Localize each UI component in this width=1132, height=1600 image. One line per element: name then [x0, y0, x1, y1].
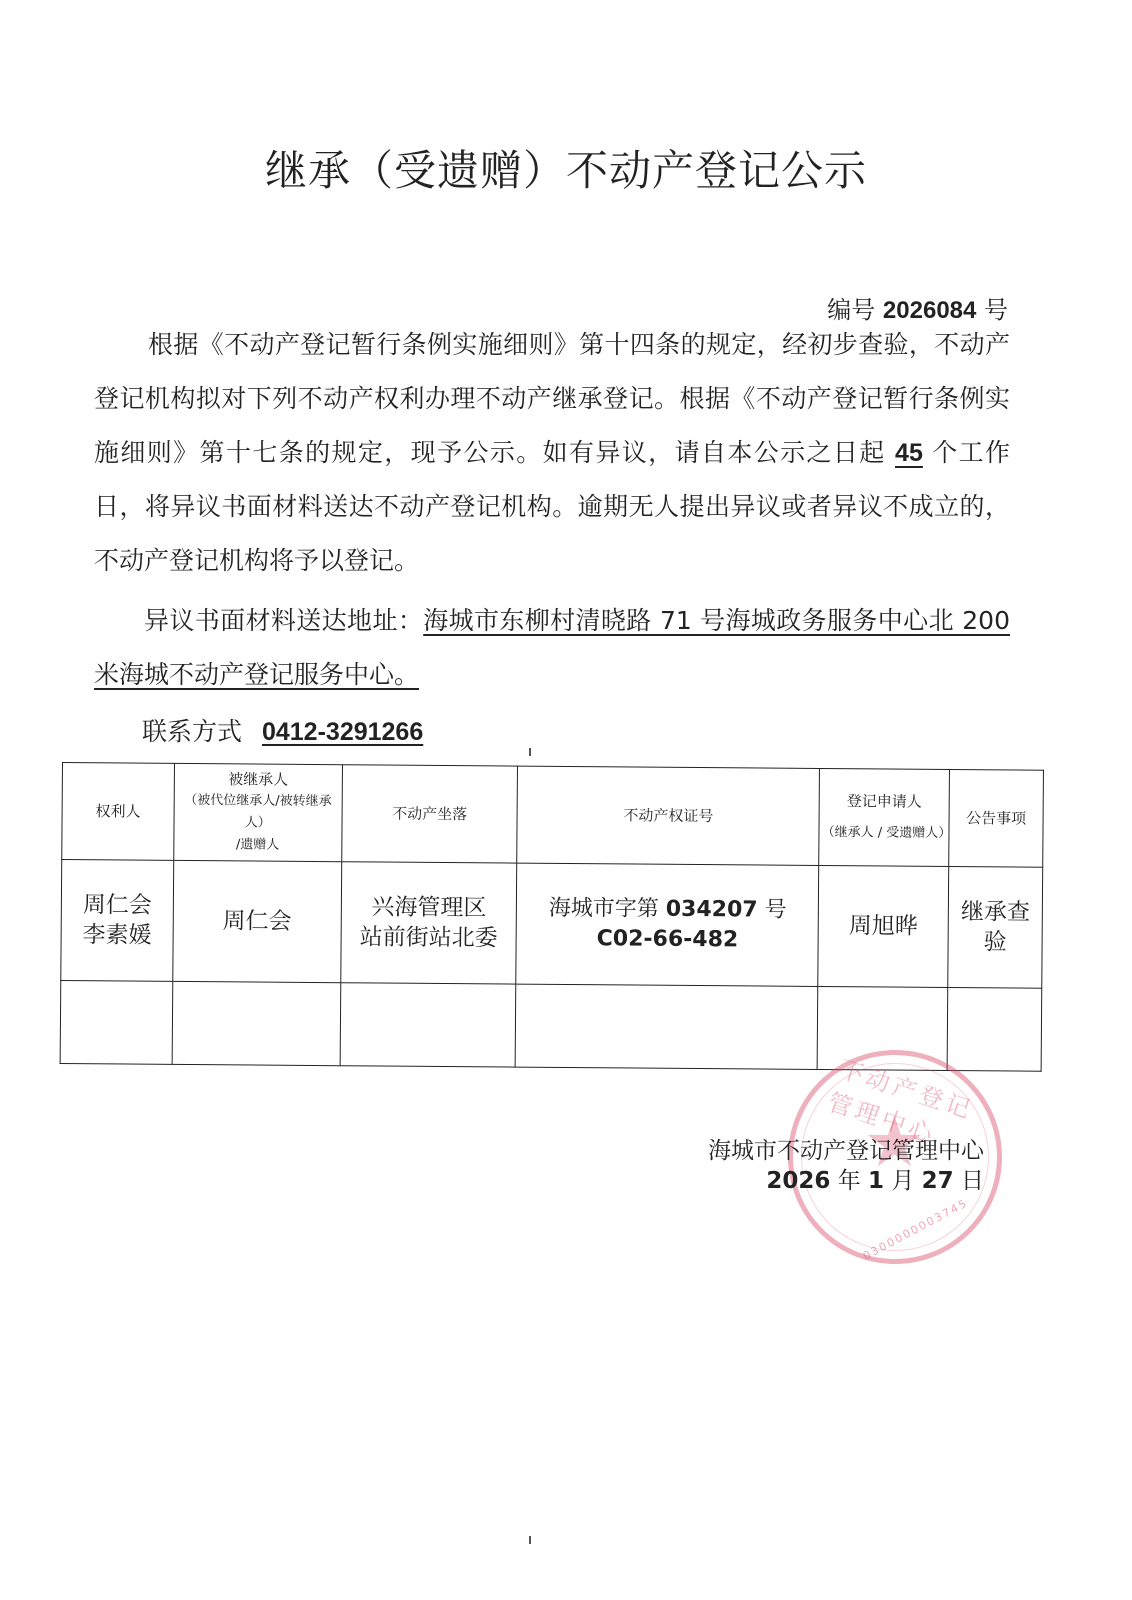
header-notice-item: 公告事项: [949, 769, 1044, 867]
fold-mark: [529, 748, 531, 756]
empty-cell: [60, 980, 173, 1064]
cell-location: 兴海管理区 站前街站北委: [340, 862, 517, 984]
holder-name-1: 周仁会: [64, 890, 171, 921]
header-decedent-main: 被继承人: [228, 770, 288, 788]
signature-block: 海城市不动产登记管理中心 2026 年 1 月 27 日: [708, 1136, 984, 1196]
contact-label: 联系方式: [142, 717, 242, 746]
cert-line-2: C02-66-482: [519, 924, 816, 956]
header-decedent-sub2: /遗赠人: [176, 834, 339, 857]
date-month: 1: [868, 1168, 884, 1194]
address-label: 异议书面材料送达地址：: [144, 606, 423, 635]
date-year: 2026: [766, 1168, 830, 1194]
table-header-row: 权利人 被继承人 （被代位继承人/被转继承人） /遗赠人 不动产坐落 不动产权证…: [62, 763, 1044, 868]
cell-cert-no: 海城市字第 034207 号 C02-66-482: [516, 863, 819, 986]
signing-organization: 海城市不动产登记管理中心: [708, 1136, 984, 1166]
header-decedent: 被继承人 （被代位继承人/被转继承人） /遗赠人: [174, 763, 343, 861]
header-holder: 权利人: [62, 763, 175, 861]
header-location: 不动产坐落: [341, 765, 518, 863]
cert-prefix: 海城市字第: [549, 896, 659, 922]
location-line-2: 站前街站北委: [343, 922, 514, 953]
header-applicant: 登记申请人 （继承人 / 受遗赠人）: [819, 768, 950, 866]
empty-cell: [340, 983, 516, 1067]
cell-notice-item: 继承查验: [948, 866, 1043, 988]
document-title: 继承（受遗赠）不动产登记公示: [0, 138, 1132, 198]
cell-decedent: 周仁会: [173, 860, 342, 982]
cert-number: 034207: [666, 897, 758, 923]
table-row: 周仁会 李素媛 周仁会 兴海管理区 站前街站北委 海城市字第 034207 号 …: [61, 860, 1043, 989]
fold-mark: [529, 1536, 531, 1544]
signing-date: 2026 年 1 月 27 日: [708, 1166, 984, 1196]
objection-days: 45: [895, 439, 923, 467]
empty-cell: [516, 984, 818, 1069]
header-applicant-main: 登记申请人: [847, 792, 922, 811]
notice-paragraph: 根据《不动产登记暂行条例实施细则》第十四条的规定，经初步查验，不动产登记机构拟对…: [94, 318, 1010, 588]
date-month-unit: 月: [891, 1168, 914, 1194]
notice-text-part1: 根据《不动产登记暂行条例实施细则》第十四条的规定，经初步查验，不动产登记机构拟对…: [94, 330, 1010, 467]
cert-line-1: 海城市字第 034207 号: [519, 894, 816, 926]
objection-address-paragraph: 异议书面材料送达地址：海城市东柳村清晓路 71 号海城政务服务中心北 200 米…: [94, 594, 1010, 702]
header-cert-no: 不动产权证号: [517, 766, 819, 865]
registration-table: 权利人 被继承人 （被代位继承人/被转继承人） /遗赠人 不动产坐落 不动产权证…: [60, 762, 1044, 1072]
date-year-unit: 年: [838, 1168, 861, 1194]
cell-holder: 周仁会 李素媛: [61, 860, 174, 982]
holder-name-2: 李素媛: [64, 920, 171, 951]
cert-suffix: 号: [765, 898, 787, 923]
date-day: 27: [922, 1168, 954, 1194]
location-line-1: 兴海管理区: [343, 892, 514, 923]
date-day-unit: 日: [961, 1168, 984, 1194]
cell-applicant: 周旭晔: [818, 865, 949, 987]
header-applicant-sub: （继承人 / 受遗赠人）: [822, 822, 947, 845]
header-decedent-sub1: （被代位继承人/被转继承人）: [176, 790, 339, 835]
empty-cell: [947, 987, 1042, 1071]
empty-cell: [172, 981, 340, 1065]
contact-phone: 0412-3291266: [262, 718, 423, 746]
contact-info: 联系方式 0412-3291266: [142, 712, 423, 748]
